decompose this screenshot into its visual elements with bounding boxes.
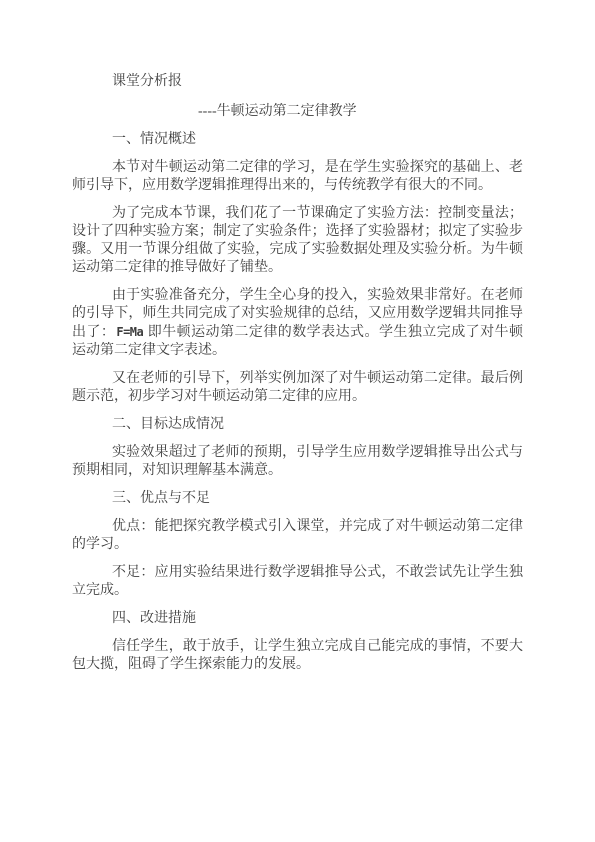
paragraph-goal-achievement: 实验效果超过了老师的预期，引导学生应用数学逻辑推导出公式与预期相同，对知识理解基… [72, 444, 523, 480]
section-heading-improvements: 四、改进措施 [72, 610, 523, 628]
paragraph-improvements: 信任学生，敢于放手，让学生独立完成自己能完成的事情，不要大包大揽，阻碍了学生探索… [72, 638, 523, 674]
paragraph-pros: 优点：能把探究教学模式引入课堂，并完成了对牛顿运动第二定律的学习。 [72, 518, 523, 554]
document-title: 课堂分析报 [72, 73, 523, 91]
paragraph-overview-4: 又在老师的引导下，列举实例加深了对牛顿运动第二定律。最后例题示范，初步学习对牛顿… [72, 370, 523, 406]
paragraph-overview-2: 为了完成本节课，我们花了一节课确定了实验方法：控制变量法；设计了四种实验方案；制… [72, 205, 523, 277]
document-subtitle: ----牛顿运动第二定律教学 [72, 103, 523, 121]
document-page: 课堂分析报 ----牛顿运动第二定律教学 一、情况概述 本节对牛顿运动第二定律的… [0, 0, 595, 842]
paragraph-overview-1: 本节对牛顿运动第二定律的学习，是在学生实验探究的基础上、老师引导下，应用数学逻辑… [72, 159, 523, 195]
section-heading-goal-achievement: 二、目标达成情况 [72, 416, 523, 434]
formula-f-ma: F=Ma [116, 325, 143, 339]
paragraph-overview-3: 由于实验准备充分，学生全心身的投入，实验效果非常好。在老师的引导下，师生共同完成… [72, 287, 523, 360]
section-heading-pros-cons: 三、优点与不足 [72, 490, 523, 508]
section-heading-overview: 一、情况概述 [72, 131, 523, 149]
paragraph-cons: 不足：应用实验结果进行数学逻辑推导公式，不敢尝试先让学生独立完成。 [72, 564, 523, 600]
